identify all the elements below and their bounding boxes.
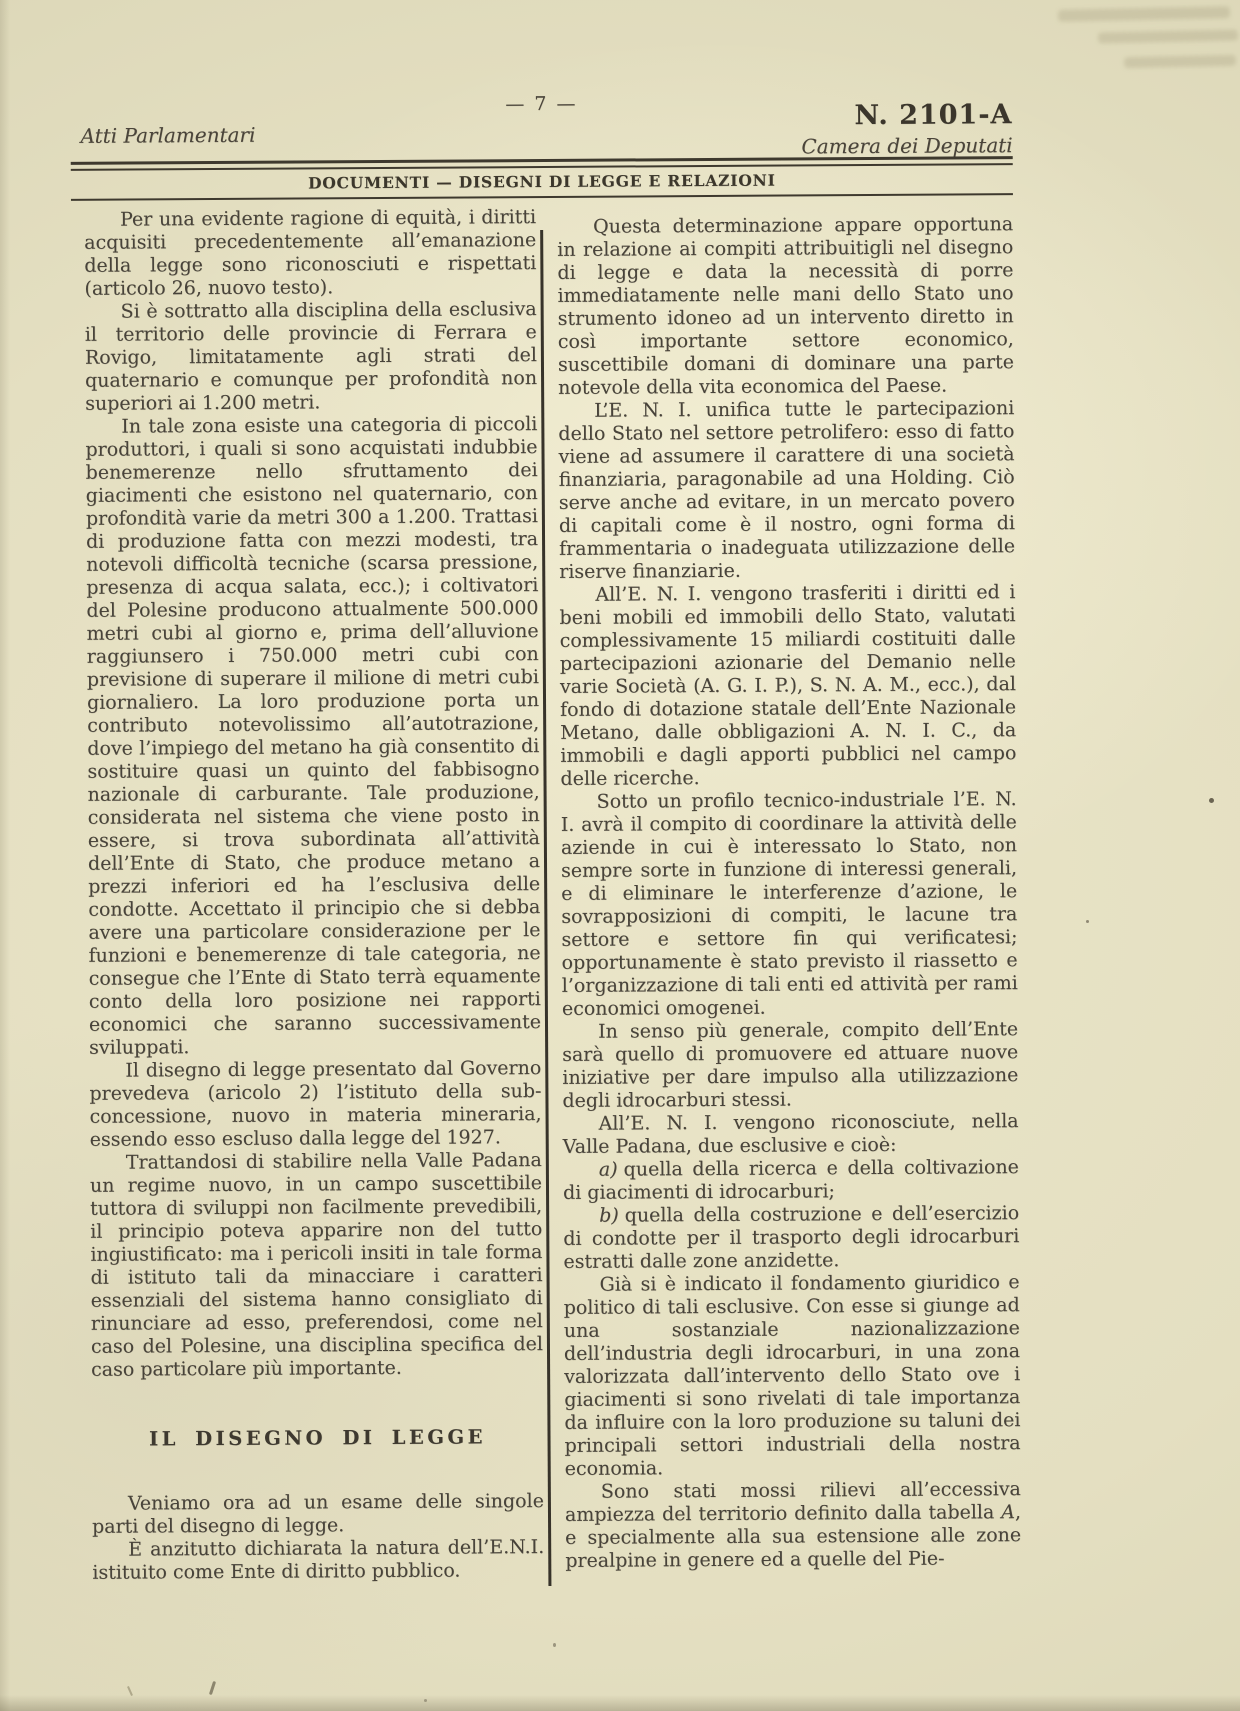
left-column: Per una evidente ragione di equità, i di… [84,206,544,1585]
paragraph: Si è sottratto alla disciplina della esc… [85,298,538,416]
page-edge-shading [0,0,10,1711]
paragraph: Per una evidente ragione di equità, i di… [84,206,537,301]
paragraph: L’E. N. I. unifica tutte le partecipazio… [558,397,1015,584]
section-heading: IL DISEGNO DI LEGGE [91,1425,543,1451]
scanned-page: — 7 — Atti Parlamentari N. 2101-A Camera… [0,0,1240,1711]
item-text: quella della costruzione e dell’esercizi… [563,1202,1019,1273]
running-title-left: Atti Parlamentari [80,123,255,148]
ink-speck [1086,920,1089,923]
paragraph: Trattandosi di stabilire nella Valle Pad… [90,1149,543,1382]
list-item-a: a)quella della ricerca e della coltivazi… [563,1156,1019,1205]
table-reference: A [1001,1501,1015,1523]
printed-area: — 7 — Atti Parlamentari N. 2101-A Camera… [0,0,1240,1711]
paragraph: Sono stati mossi rilievi all’eccessiva a… [565,1478,1022,1573]
paragraph: Questa determinazione appare opportuna i… [557,213,1014,400]
thin-rule [71,193,1013,201]
paragraph-text: Sono stati mossi rilievi all’eccessiva a… [565,1478,1021,1526]
section-caption: DOCUMENTI — DISEGNI DI LEGGE E RELAZIONI [71,169,1013,194]
paragraph: Sotto un profilo tecnico-industriale l’E… [561,788,1018,1021]
page-bottom-shadow [0,1695,1240,1711]
double-rule [71,156,1013,171]
paragraph: Il disegno di legge presentato dal Gover… [89,1057,542,1152]
paragraph: All’E. N. I. vengono riconosciute, nella… [563,1110,1019,1159]
paragraph: In senso più generale, compito dell’Ente… [562,1018,1019,1113]
item-text: quella della ricerca e della coltivazion… [563,1156,1019,1204]
item-marker: a) [599,1159,618,1181]
running-title-right: N. 2101-A Camera dei Deputati [801,100,1013,158]
paragraph: Veniamo ora ad un esame delle singole pa… [92,1490,544,1539]
chamber-name: Camera dei Deputati [801,133,1012,158]
right-column: Questa determinazione appare opportuna i… [557,213,1021,1573]
ink-speck [553,1643,556,1647]
paragraph: È anzitutto dichiarata la natura dell’E.… [92,1536,544,1585]
paragraph: Già si è indicato il fondamento giuridic… [564,1271,1021,1481]
list-item-b: b)quella della costruzione e dell’eserci… [563,1202,1019,1274]
item-marker: b) [599,1205,619,1227]
document-number: N. 2101-A [801,100,1012,131]
paragraph: In tale zona esiste una categoria di pic… [85,413,541,1060]
paragraph: All’E. N. I. vengono trasferiti i diritt… [559,581,1016,791]
ink-speck [1209,798,1214,803]
